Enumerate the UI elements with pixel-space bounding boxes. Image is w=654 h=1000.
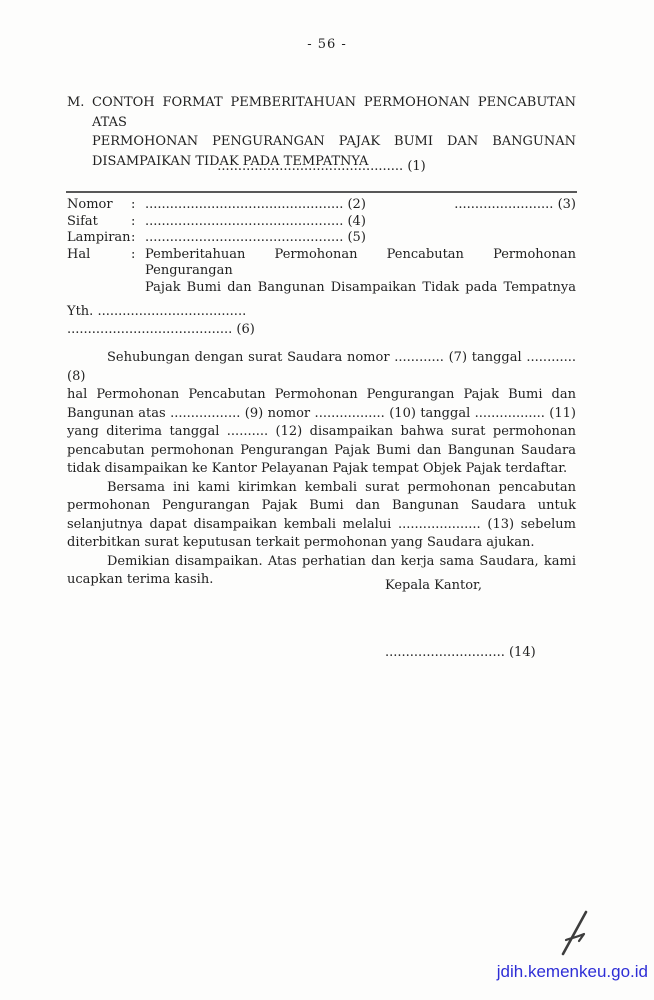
body-line: selanjutnya dapat disampaikan kembali me… (67, 516, 576, 535)
meta-row-sifat: Sifat : ................................… (67, 214, 576, 231)
meta-label: Nomor (67, 197, 131, 214)
meta-colon: : (131, 230, 145, 247)
meta-label: Lampiran (67, 230, 131, 247)
body-line: yang diterima tanggal .......... (12) di… (67, 423, 576, 442)
body-line: tidak disampaikan ke Kantor Pelayanan Pa… (67, 460, 576, 479)
pen-stroke-icon (553, 901, 597, 963)
body-line: permohonan Pengurangan Pajak Bumi dan Ba… (67, 497, 576, 516)
recipient-block: Yth. ...................................… (67, 303, 576, 339)
meta-colon: : (131, 247, 145, 264)
meta-row-hal: Hal : Pemberitahuan Permohonan Pencabuta… (67, 247, 576, 297)
letterhead-placeholder: ........................................… (67, 159, 576, 174)
body-line: Demikian disampaikan. Atas perhatian dan… (67, 553, 576, 572)
meta-row-nomor: Nomor : ................................… (67, 197, 576, 214)
letter-meta-block: Nomor : ................................… (67, 197, 576, 296)
signature-block: Kepala Kantor, .........................… (385, 577, 536, 662)
meta-value: ........................................… (145, 214, 366, 231)
letter-body: Sehubungan dengan surat Saudara nomor ..… (67, 349, 576, 590)
meta-subject-line: Pajak Bumi dan Bangunan Disampaikan Tida… (145, 280, 576, 297)
body-line: hal Permohonan Pencabutan Permohonan Pen… (67, 386, 576, 405)
body-line: diterbitkan surat keputusan terkait perm… (67, 534, 576, 553)
meta-row-lampiran: Lampiran : .............................… (67, 230, 576, 247)
document-page: - 56 - M. CONTOH FORMAT PEMBERITAHUAN PE… (0, 0, 654, 1000)
page-number: - 56 - (0, 37, 654, 52)
date-placeholder: ........................ (3) (454, 197, 576, 214)
watermark-link[interactable]: jdih.kemenkeu.go.id (497, 962, 648, 982)
recipient-line: ........................................… (67, 321, 576, 339)
body-line: Sehubungan dengan surat Saudara nomor ..… (67, 349, 576, 386)
meta-value: ........................................… (145, 230, 366, 247)
body-line: Bangunan atas ................. (9) nomo… (67, 405, 576, 424)
signer-title: Kepala Kantor, (385, 577, 536, 595)
title-line: CONTOH FORMAT PEMBERITAHUAN PERMOHONAN P… (92, 93, 576, 132)
body-line: Bersama ini kami kirimkan kembali surat … (67, 479, 576, 498)
signer-name-placeholder: ............................. (14) (385, 644, 536, 662)
meta-colon: : (131, 197, 145, 214)
meta-value: ........................................… (145, 197, 366, 214)
meta-colon: : (131, 214, 145, 231)
meta-label: Hal (67, 247, 131, 264)
body-line: pencabutan permohonan Pengurangan Pajak … (67, 442, 576, 461)
meta-subject-line: Pemberitahuan Permohonan Pencabutan Perm… (145, 247, 576, 280)
meta-label: Sifat (67, 214, 131, 231)
title-line: PERMOHONAN PENGURANGAN PAJAK BUMI DAN BA… (92, 132, 576, 152)
recipient-line: Yth. ...................................… (67, 303, 576, 321)
divider-rule (66, 191, 577, 193)
